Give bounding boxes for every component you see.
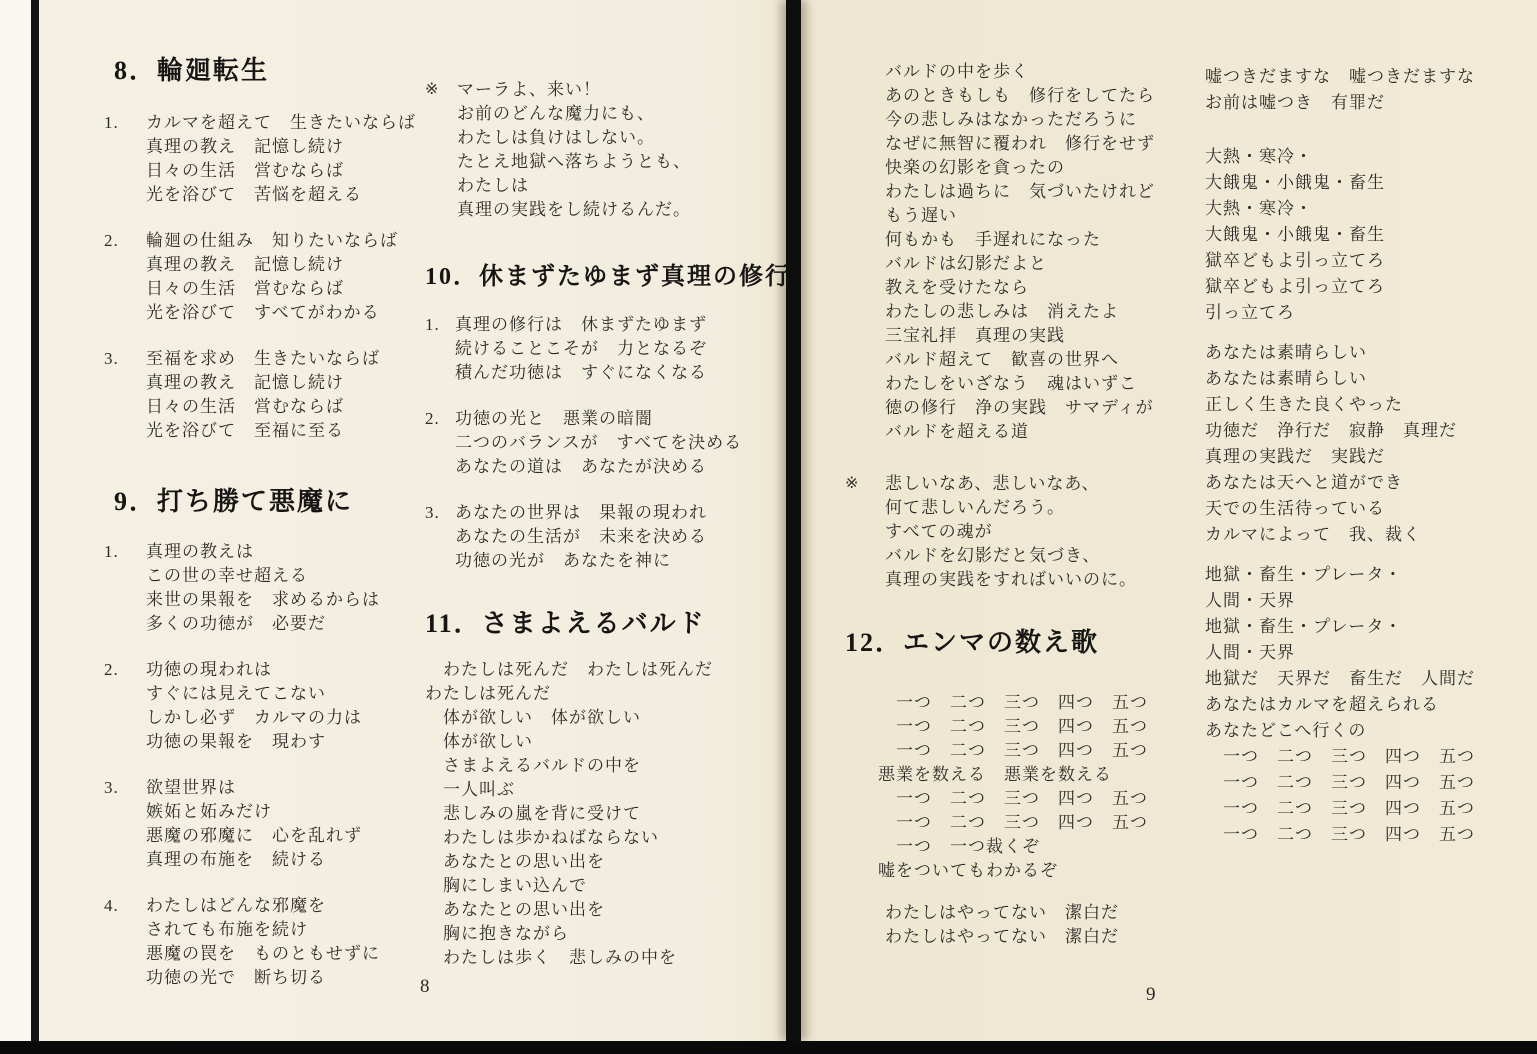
verse: 1. カルマを超えて 生きたいならば真理の教え 記憶し続け日々の生活 営むならば… (100, 111, 440, 207)
lyric-line: バルドを超える道 (885, 420, 1205, 444)
lyric-line: 大餓鬼・小餓鬼・畜生 (1205, 222, 1515, 248)
lyric-line: あなたは素晴らしい (1205, 366, 1515, 392)
lyric-line: 日々の生活 営むならば (146, 395, 380, 419)
lyric-line: 人間・天界 (1205, 588, 1515, 614)
lyric-block: 地獄・畜生・プレータ・人間・天界地獄・畜生・プレータ・人間・天界地獄だ 天界だ … (1205, 562, 1515, 744)
lyric-line: 地獄・畜生・プレータ・ (1205, 562, 1515, 588)
lyric-line: 引っ立てろ (1205, 300, 1515, 326)
song-11-continuation: バルドの中を歩くあのときもしも 修行をしてたら今の悲しみはなかっただろうになぜに… (885, 60, 1205, 444)
lyric-line: すべての魂が (885, 520, 1137, 544)
lyric-line: バルドは幻影だよと (885, 252, 1205, 276)
lyric-line: 正しく生きた良くやった (1205, 392, 1515, 418)
verse-lines: 欲望世界は嫉妬と妬みだけ悪魔の邪魔に 心を乱れず真理の布施を 続ける (146, 776, 362, 872)
lyric-line: 一つ 一つ裁くぞ (878, 835, 1205, 859)
verse: 3. 欲望世界は嫉妬と妬みだけ悪魔の邪魔に 心を乱れず真理の布施を 続ける (100, 776, 440, 872)
lyric-line: バルド超えて 歓喜の世界へ (885, 348, 1205, 372)
lyric-line: もう遅い (885, 204, 1205, 228)
lyric-line: バルドの中を歩く (885, 60, 1205, 84)
lyric-line: 多くの功徳が 必要だ (146, 612, 380, 636)
lyric-line: 一つ 二つ 三つ 四つ 五つ (1205, 796, 1515, 822)
lyric-line: 地獄だ 天界だ 畜生だ 人間だ (1205, 666, 1515, 692)
lyric-line: あなたは素晴らしい (1205, 340, 1515, 366)
lyric-line: 来世の果報を 求めるからは (146, 588, 380, 612)
verse: 3. 至福を求め 生きたいならば真理の教え 記憶し続け日々の生活 営むならば光を… (100, 347, 440, 443)
lyric-line: たとえ地獄へ落ちようとも、 (457, 150, 691, 174)
lyric-line: 真理の教え 記憶し続け (146, 253, 398, 277)
note-lines: 悲しいなあ、悲しいなあ、何て悲しいんだろう。すべての魂がバルドを幻影だと気づき、… (885, 472, 1137, 592)
reference-mark: ※ (425, 78, 457, 222)
scan-bottom-edge (0, 1041, 1537, 1054)
lyric-line: 一つ 二つ 三つ 四つ 五つ (1205, 822, 1515, 848)
verse-lines: わたしはどんな邪魔をされても布施を続け悪魔の罠を ものともせずに功徳の光で 断ち… (146, 894, 380, 990)
lyric-line: 悪業を数える 悪業を数える (878, 763, 1205, 787)
lyric-line: わたしは歩く 悲しみの中を (425, 946, 755, 970)
lyric-line: 真理の布施を 続ける (146, 848, 362, 872)
lyric-line: 欲望世界は (146, 776, 362, 800)
lyric-line: 二つのバランスが すべてを決める (455, 431, 742, 455)
lyric-line: カルマによって 我、裁く (1205, 522, 1515, 548)
note-block: ※ マーラよ、来い！お前のどんな魔力にも、わたしは負けはしない。たとえ地獄へ落ち… (425, 78, 755, 222)
lyric-line: 真理の教えは (146, 540, 380, 564)
lyric-line: 至福を求め 生きたいならば (146, 347, 380, 371)
lyric-line: マーラよ、来い！ (457, 78, 691, 102)
lyric-line: わたしは歩かねばならない (425, 826, 755, 850)
lyric-line: わたしは過ちに 気づいたけれど (885, 180, 1205, 204)
lyric-line: 一人叫ぶ (425, 778, 755, 802)
lyric-line: わたしはやってない 潔白だ (885, 925, 1205, 949)
page-left-margin (0, 0, 31, 1054)
lyric-line: 大熱・寒冷・ (1205, 196, 1515, 222)
lyric-line: わたしはやってない 潔白だ (885, 901, 1205, 925)
lyric-line: 嫉妬と妬みだけ (146, 800, 362, 824)
verse-number: 3. (104, 347, 146, 443)
lyric-line: 一つ 二つ 三つ 四つ 五つ (878, 739, 1205, 763)
lyric-line: 日々の生活 営むならば (146, 277, 398, 301)
lyric-line: わたしは負けはしない。 (457, 126, 691, 150)
counting-song-lines: 一つ 二つ 三つ 四つ 五つ 一つ 二つ 三つ 四つ 五つ 一つ 二つ 三つ 四… (878, 691, 1205, 883)
verse-lines: 真理の教えはこの世の幸せ超える来世の果報を 求めるからは多くの功徳が 必要だ (146, 540, 380, 636)
verse-number: 2. (104, 229, 146, 325)
left-page-column-1: 8．輪廻転生 1. カルマを超えて 生きたいならば真理の教え 記憶し続け日々の生… (100, 50, 440, 1012)
lyric-line: わたしは (457, 174, 691, 198)
verse-lines: 功徳の光と 悪業の暗闇二つのバランスが すべてを決めるあなたの道は あなたが決め… (455, 407, 742, 479)
verse-number: 1. (425, 313, 455, 385)
lyric-line: あのときもしも 修行をしてたら (885, 84, 1205, 108)
lyric-line: あなたの道は あなたが決める (455, 455, 742, 479)
song-title-9: 9．打ち勝て悪魔に (114, 481, 440, 518)
reference-mark: ※ (845, 472, 885, 592)
lyric-line: 功徳だ 浄行だ 寂静 真理だ (1205, 418, 1515, 444)
lyric-line: さまよえるバルドの中を (425, 754, 755, 778)
lyric-line: 胸にしまい込んで (425, 874, 755, 898)
lyric-line: 体が欲しい 体が欲しい (425, 706, 755, 730)
scanned-book-spread: 8．輪廻転生 1. カルマを超えて 生きたいならば真理の教え 記憶し続け日々の生… (0, 0, 1537, 1054)
verse-lines: 功徳の現われはすぐには見えてこないしかし必ず カルマの力は功徳の果報を 現わす (146, 658, 362, 754)
lyric-line: 輪廻の仕組み 知りたいならば (146, 229, 398, 253)
verse-lines: カルマを超えて 生きたいならば真理の教え 記憶し続け日々の生活 営むならば光を浴… (146, 111, 416, 207)
lyric-line: 大餓鬼・小餓鬼・畜生 (1205, 170, 1515, 196)
lyric-line: 獄卒どもよ引っ立てろ (1205, 274, 1515, 300)
lyric-line: 教えを受けたなら (885, 276, 1205, 300)
lyric-line: 体が欲しい (425, 730, 755, 754)
lyric-line: 功徳の光が あなたを神に (455, 549, 707, 573)
lyric-block: 大熱・寒冷・大餓鬼・小餓鬼・畜生大熱・寒冷・大餓鬼・小餓鬼・畜生獄卒どもよ引っ立… (1205, 144, 1515, 326)
book-binding (786, 0, 801, 1041)
page-edge-line (31, 0, 39, 1054)
lyric-line: あなたとの思い出を (425, 898, 755, 922)
lyric-line: 今の悲しみはなかっただろうに (885, 108, 1205, 132)
song-title-11: 11．さまよえるバルド (425, 603, 755, 640)
lyric-line: 悪魔の罠を ものともせずに (146, 942, 380, 966)
page-number-right: 9 (1146, 984, 1156, 1006)
right-page-column-2: 嘘つきだますな 嘘つきだますなお前は嘘つき 有罪だ 大熱・寒冷・大餓鬼・小餓鬼・… (1205, 64, 1515, 848)
lyric-line: 続けることこそが 力となるぞ (455, 337, 707, 361)
lyric-line: あなたの生活が 未来を決める (455, 525, 707, 549)
lyric-line: あなたとの思い出を (425, 850, 755, 874)
verse: 1. 真理の修行は 休まずたゆまず続けることこそが 力となるぞ積んだ功徳は すぐ… (425, 313, 755, 385)
lyric-line: 光を浴びて すべてがわかる (146, 301, 398, 325)
verse: 3. あなたの世界は 果報の現われあなたの生活が 未来を決める功徳の光が あなた… (425, 501, 755, 573)
lyric-line: 真理の実践をすればいいのに。 (885, 568, 1137, 592)
lyric-line: わたしをいざなう 魂はいずこ (885, 372, 1205, 396)
verse-number: 1. (104, 540, 146, 636)
counting-song-lines: 一つ 二つ 三つ 四つ 五つ 一つ 二つ 三つ 四つ 五つ 一つ 二つ 三つ 四… (1205, 744, 1515, 848)
page-number-left: 8 (420, 976, 430, 998)
lyric-line: わたしは死んだ (425, 682, 755, 706)
verse-number: 1. (104, 111, 146, 207)
lyric-line: あなたはカルマを超えられる (1205, 692, 1515, 718)
lyric-line: 獄卒どもよ引っ立てろ (1205, 248, 1515, 274)
lyric-line: 悲しみの嵐を背に受けて (425, 802, 755, 826)
left-page-column-2: ※ マーラよ、来い！お前のどんな魔力にも、わたしは負けはしない。たとえ地獄へ落ち… (425, 78, 755, 970)
lyric-line: 嘘つきだますな 嘘つきだますな (1205, 64, 1515, 90)
lyric-line: しかし必ず カルマの力は (146, 706, 362, 730)
lyric-line: 嘘をついてもわかるぞ (878, 859, 1205, 883)
lyric-line: 一つ 二つ 三つ 四つ 五つ (1205, 770, 1515, 796)
lyric-line: 一つ 二つ 三つ 四つ 五つ (878, 787, 1205, 811)
verse-number: 2. (425, 407, 455, 479)
note-block: ※ 悲しいなあ、悲しいなあ、何て悲しいんだろう。すべての魂がバルドを幻影だと気づ… (845, 472, 1205, 592)
lyric-line: 悲しいなあ、悲しいなあ、 (885, 472, 1137, 496)
note-lines: マーラよ、来い！お前のどんな魔力にも、わたしは負けはしない。たとえ地獄へ落ちよう… (457, 78, 691, 222)
lyric-line: 一つ 二つ 三つ 四つ 五つ (1205, 744, 1515, 770)
verse-number: 3. (104, 776, 146, 872)
lyric-block: 嘘つきだますな 嘘つきだますなお前は嘘つき 有罪だ (1205, 64, 1515, 116)
lyric-line: 天での生活待っている (1205, 496, 1515, 522)
lyric-line: バルドを幻影だと気づき、 (885, 544, 1137, 568)
lyric-line: 何て悲しいんだろう。 (885, 496, 1137, 520)
lyric-line: 真理の実践をし続けるんだ。 (457, 198, 691, 222)
verse: 1. 真理の教えはこの世の幸せ超える来世の果報を 求めるからは多くの功徳が 必要… (100, 540, 440, 636)
lyric-line: 地獄・畜生・プレータ・ (1205, 614, 1515, 640)
lyric-line: すぐには見えてこない (146, 682, 362, 706)
lyric-line: カルマを超えて 生きたいならば (146, 111, 416, 135)
lyric-line: 日々の生活 営むならば (146, 159, 416, 183)
lyric-line: 功徳の現われは (146, 658, 362, 682)
lyric-line: わたしはどんな邪魔を (146, 894, 380, 918)
lyric-line: 真理の教え 記憶し続け (146, 135, 416, 159)
lyric-line: 真理の修行は 休まずたゆまず (455, 313, 707, 337)
lyric-line: 三宝礼拝 真理の実践 (885, 324, 1205, 348)
lyric-line: 功徳の光で 断ち切る (146, 966, 380, 990)
lyric-line: 光を浴びて 苦悩を超える (146, 183, 416, 207)
lyric-line: わたしの悲しみは 消えたよ (885, 300, 1205, 324)
verse: 4. わたしはどんな邪魔をされても布施を続け悪魔の罠を ものともせずに功徳の光で… (100, 894, 440, 990)
lyric-line: なぜに無智に覆われ 修行をせず (885, 132, 1205, 156)
lyric-line: 光を浴びて 至福に至る (146, 419, 380, 443)
lyric-line: お前は嘘つき 有罪だ (1205, 90, 1515, 116)
lyric-line: この世の幸せ超える (146, 564, 380, 588)
verse-lines: 輪廻の仕組み 知りたいならば真理の教え 記憶し続け日々の生活 営むならば光を浴び… (146, 229, 398, 325)
lyric-line: 人間・天界 (1205, 640, 1515, 666)
lyric-line: 一つ 二つ 三つ 四つ 五つ (878, 691, 1205, 715)
song-title-10: 10．休まずたゆまず真理の修行 (425, 256, 755, 291)
lyric-line: わたしは死んだ わたしは死んだ (425, 658, 755, 682)
lyric-line: 功徳の光と 悪業の暗闇 (455, 407, 742, 431)
lyric-line: 功徳の果報を 現わす (146, 730, 362, 754)
lyric-line: 積んだ功徳は すぐになくなる (455, 361, 707, 385)
verse-number: 3. (425, 501, 455, 573)
lyric-line: 一つ 二つ 三つ 四つ 五つ (878, 811, 1205, 835)
song-title-8: 8．輪廻転生 (114, 50, 440, 87)
verse-lines: あなたの世界は 果報の現われあなたの生活が 未来を決める功徳の光が あなたを神に (455, 501, 707, 573)
lyric-line: 一つ 二つ 三つ 四つ 五つ (878, 715, 1205, 739)
right-page-column-1: バルドの中を歩くあのときもしも 修行をしてたら今の悲しみはなかっただろうになぜに… (845, 60, 1205, 949)
lyric-line: されても布施を続け (146, 918, 380, 942)
lyric-line: 悪魔の邪魔に 心を乱れず (146, 824, 362, 848)
verse: 2. 輪廻の仕組み 知りたいならば真理の教え 記憶し続け日々の生活 営むならば光… (100, 229, 440, 325)
lyric-line: あなたは天へと道ができ (1205, 470, 1515, 496)
verse: 2. 功徳の現われはすぐには見えてこないしかし必ず カルマの力は功徳の果報を 現… (100, 658, 440, 754)
lyric-line: 快楽の幻影を貪ったの (885, 156, 1205, 180)
verse-number: 4. (104, 894, 146, 990)
lyric-line: 胸に抱きながら (425, 922, 755, 946)
lyric-line: 徳の修行 浄の実践 サマディが (885, 396, 1205, 420)
lyric-line: お前のどんな魔力にも、 (457, 102, 691, 126)
lyric-block: あなたは素晴らしいあなたは素晴らしい正しく生きた良くやった功徳だ 浄行だ 寂静 … (1205, 340, 1515, 548)
lyric-line: 真理の教え 記憶し続け (146, 371, 380, 395)
verse-number: 2. (104, 658, 146, 754)
lyric-line: あなたどこへ行くの (1205, 718, 1515, 744)
song-title-12: 12．エンマの数え歌 (845, 622, 1205, 659)
lyric-line: 大熱・寒冷・ (1205, 144, 1515, 170)
verse-lines: 至福を求め 生きたいならば真理の教え 記憶し続け日々の生活 営むならば光を浴びて… (146, 347, 380, 443)
lyric-line: 真理の実践だ 実践だ (1205, 444, 1515, 470)
counting-song-closing: わたしはやってない 潔白だわたしはやってない 潔白だ (885, 901, 1205, 949)
song-11-lines: わたしは死んだ わたしは死んだわたしは死んだ 体が欲しい 体が欲しい 体が欲しい… (425, 658, 755, 970)
lyric-line: 何もかも 手遅れになった (885, 228, 1205, 252)
verse-lines: 真理の修行は 休まずたゆまず続けることこそが 力となるぞ積んだ功徳は すぐになく… (455, 313, 707, 385)
verse: 2. 功徳の光と 悪業の暗闇二つのバランスが すべてを決めるあなたの道は あなた… (425, 407, 755, 479)
lyric-line: あなたの世界は 果報の現われ (455, 501, 707, 525)
